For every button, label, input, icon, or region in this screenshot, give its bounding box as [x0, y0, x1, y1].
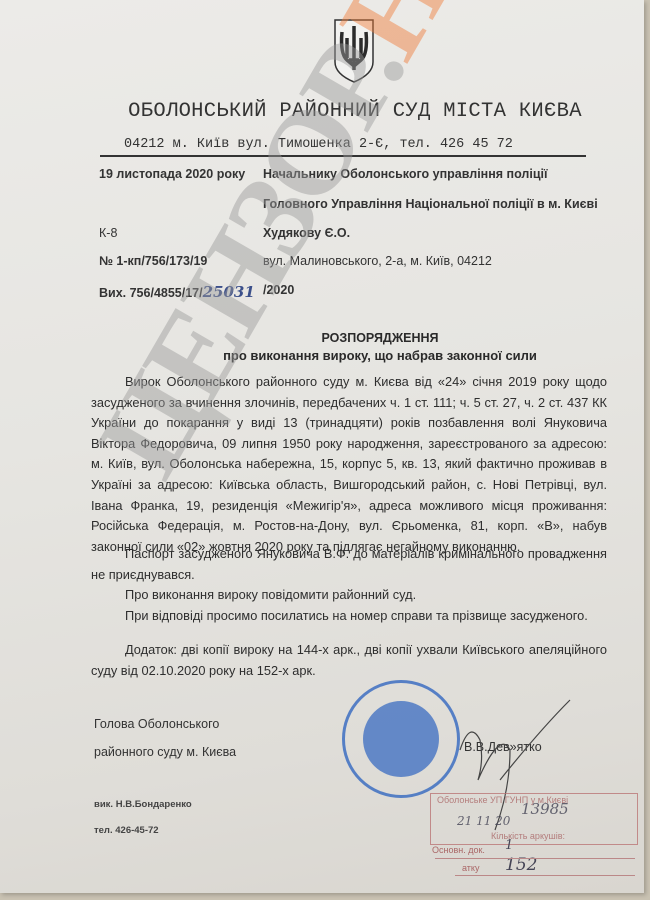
signatory-position-2: районного суду м. Києва — [94, 745, 236, 759]
document-title: РОЗПОРЯДЖЕННЯ — [0, 331, 650, 345]
recipient-line-2: Головного Управління Національної поліці… — [263, 197, 598, 211]
ukraine-trident-icon — [333, 18, 375, 84]
body-paragraph-verdict: Вирок Оболонського районного суду м. Киє… — [91, 372, 607, 557]
document-subtitle: про виконання вироку, що набрав законної… — [0, 348, 650, 363]
court-name: ОБОЛОНСЬКИЙ РАЙОННИЙ СУД МІСТА КИЄВА — [0, 100, 650, 123]
sheet-count-label: Кількість аркушів: — [491, 831, 565, 841]
body-paragraph-passport: Паспорт засудженого Януковича В.Ф. до ма… — [91, 544, 607, 585]
document-page: ОБОЛОНСЬКИЙ РАЙОННИЙ СУД МІСТА КИЄВА 042… — [0, 0, 644, 893]
recipient-address: вул. Малиновського, 2-а, м. Київ, 04212 — [263, 254, 492, 268]
outgoing-number: Вих. 756/4855/17/25031 — [99, 283, 255, 301]
stamp-line — [435, 858, 635, 859]
attachment-label: атку — [462, 863, 479, 873]
main-doc-value: 1 — [505, 838, 513, 853]
signatory-position-1: Голова Оболонського — [94, 717, 219, 731]
document-code: К-8 — [99, 226, 117, 240]
recipient-name: Худякову Є.О. — [263, 226, 350, 240]
body-paragraph-notify: Про виконання вироку повідомити районний… — [91, 585, 607, 606]
body-paragraph-reply: При відповіді просимо посилатись на номе… — [91, 606, 607, 627]
registration-number: 13985 — [521, 800, 569, 818]
outgoing-handwritten: 25031 — [203, 283, 255, 301]
header-divider — [100, 155, 586, 157]
registration-stamp: Оболонське УП ГУНП у м.Києві 13985 21 11… — [430, 793, 638, 845]
court-address: 04212 м. Київ вул. Тимошенка 2-Є, тел. 4… — [124, 137, 513, 152]
main-doc-label: Основн. док. — [432, 845, 485, 855]
executor-name: вик. Н.В.Бондаренко — [94, 799, 192, 810]
recipient-line-1: Начальнику Оболонського управління поліц… — [263, 167, 548, 181]
outgoing-year: /2020 — [263, 283, 294, 297]
executor-phone: тел. 426-45-72 — [94, 825, 159, 836]
outgoing-prefix: Вих. 756/4855/17/ — [99, 286, 203, 300]
court-seal-stamp: Оболонський районний суд м. Києва • УКРА… — [342, 680, 460, 798]
registration-date: 21 11 20 — [457, 814, 510, 828]
stamp-line — [455, 875, 635, 876]
seal-emblem — [363, 701, 439, 777]
body-attachment: Додаток: дві копії вироку на 144-х арк.,… — [91, 640, 607, 681]
document-date: 19 листопада 2020 року — [99, 167, 245, 181]
case-number: № 1-кп/756/173/19 — [99, 254, 207, 268]
